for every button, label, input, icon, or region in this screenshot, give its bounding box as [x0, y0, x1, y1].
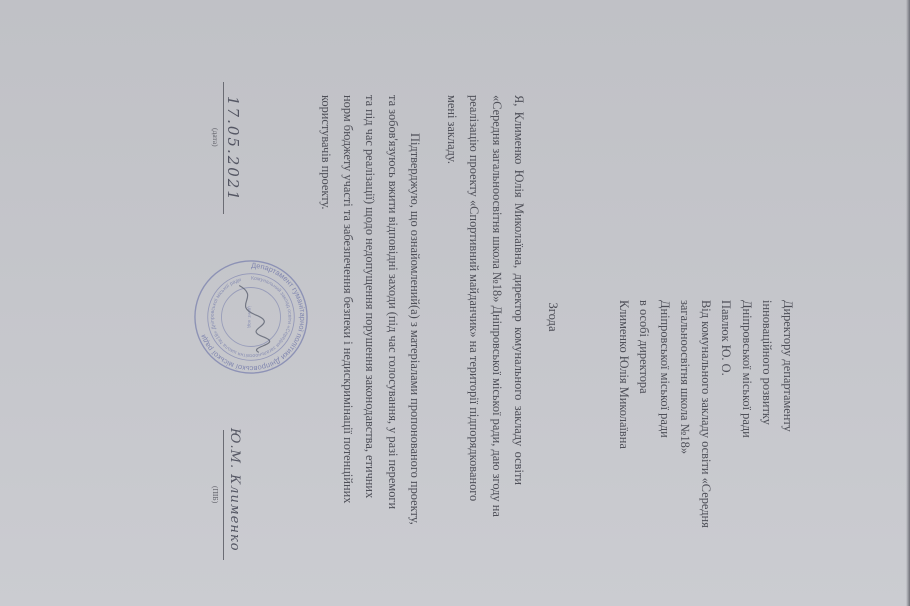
addressee-line: Павлюк Ю. О. [716, 300, 737, 600]
paragraph-line: користувачів проекту. [315, 95, 337, 485]
addressee-line: Директору департаменту [778, 300, 799, 600]
signature-scribble [239, 286, 269, 353]
document-page: Директору департаменту інноваційного роз… [0, 0, 910, 606]
page-edge-shadow [906, 0, 910, 606]
handwritten-name: Ю.М. Клименко [227, 428, 242, 552]
addressee-line: інноваційного розвитку [757, 300, 778, 600]
consent-paragraph: Я, Клименко Юлія Миколаївна, директор ко… [441, 95, 530, 485]
paragraph-line: та під час реалізації) щодо недопущення … [359, 95, 381, 485]
addressee-line: Від комунального закладу освіти «Середня [696, 300, 717, 600]
date-caption: (дата) [211, 128, 220, 147]
name-caption: (ПІБ) [211, 486, 220, 503]
paragraph-line: мені закладу. [441, 95, 463, 485]
document-title: Згода [545, 0, 560, 606]
official-stamp: Департамент гуманітарної політики Дніпро… [192, 258, 310, 376]
name-signature-line [223, 430, 224, 560]
addressee-line: Дніпровської міської ради [737, 300, 758, 600]
confirmation-paragraph: Підтверджую, що ознайомлений(а) з матері… [315, 95, 426, 485]
date-signature-line [223, 82, 224, 214]
paragraph-line: та зобов'язуюсь вжити відповідні заходи … [381, 95, 403, 485]
addressee-line: в особі директора [634, 300, 655, 600]
document-title-text: Згода [546, 302, 560, 331]
paragraph-line: норм бюджету участі та забезпечення безп… [337, 95, 359, 485]
paragraph-line: реалізацію проекту «Спортивний майданчик… [463, 95, 485, 485]
addressee-block: Директору департаменту інноваційного роз… [614, 300, 799, 600]
handwritten-date: 17.05.2021 [224, 96, 242, 202]
addressee-line: загальноосвітня школа №18» [675, 300, 696, 600]
addressee-line: Клименко Юлія Миколаївна [614, 300, 635, 600]
paragraph-line: Я, Клименко Юлія Миколаївна, директор ко… [508, 95, 530, 485]
addressee-line: Дніпровської міської ради [655, 300, 676, 600]
paragraph-line: Підтверджую, що ознайомлений(а) з матері… [404, 95, 426, 485]
paragraph-line: «Середня загальноосвітня школа №18» Дніп… [485, 95, 507, 485]
